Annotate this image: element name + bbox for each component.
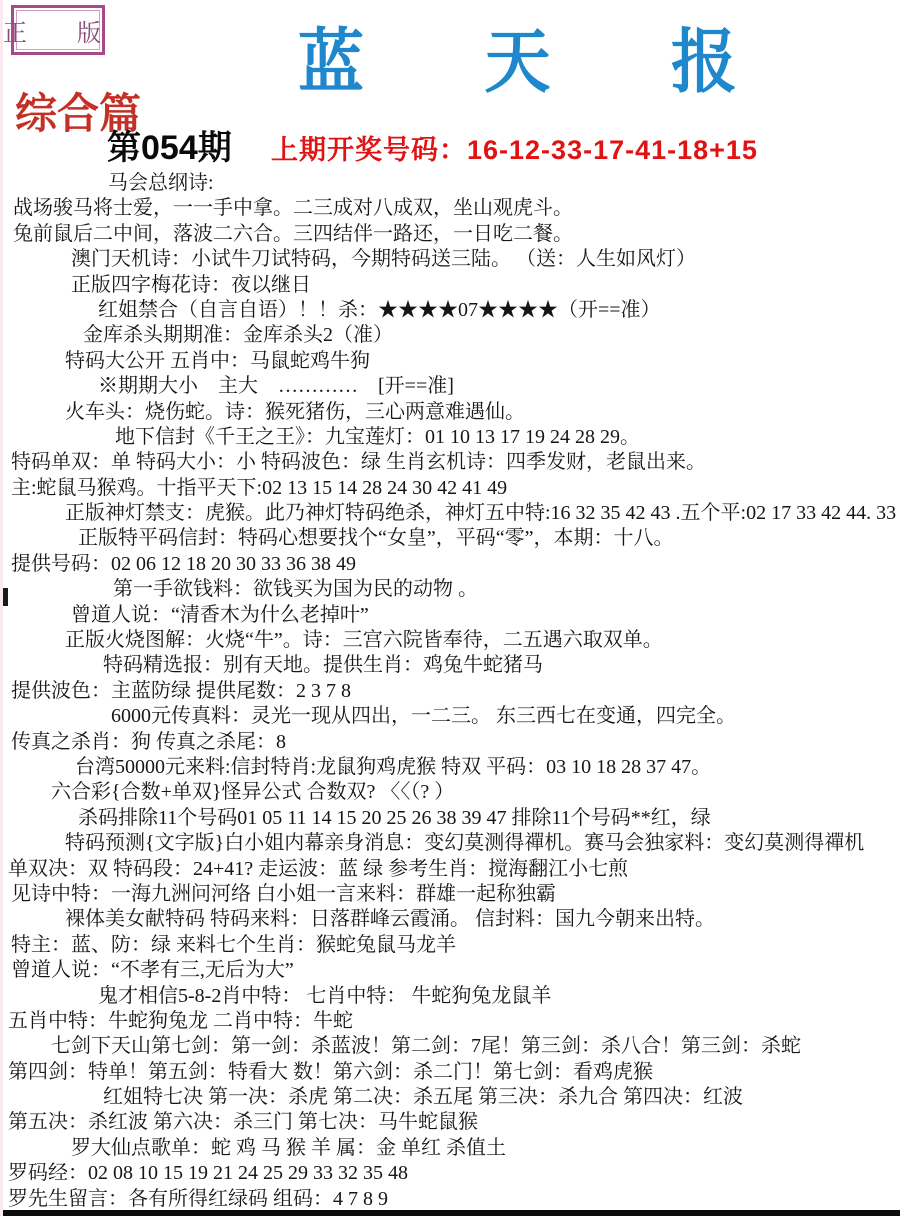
body-line: 特码大公开 五肖中：马鼠蛇鸡牛狗 bbox=[3, 349, 900, 374]
body-line: 马会总纲诗: bbox=[3, 171, 900, 196]
body-line: 正版特平码信封：特码心想要找个“女皇”，平码“零”，本期：十八。 bbox=[3, 526, 900, 551]
edition-badge: 正 版 bbox=[11, 5, 105, 55]
scan-edge-artifact bbox=[3, 588, 8, 606]
last-draw-numbers: 上期开奖号码：16-12-33-17-41-18+15 bbox=[271, 137, 758, 164]
body-line: 火车头：烧伤蛇。诗：猴死猪伤，三心两意难遇仙。 bbox=[3, 400, 900, 425]
body-line: 七剑下天山第七剑：第一剑：杀蓝波！第二剑：7尾！第三剑：杀八合！第三剑：杀蛇 bbox=[3, 1034, 900, 1059]
body-line: 鬼才相信5-8-2肖中特： 七肖中特： 牛蛇狗兔龙鼠羊 bbox=[3, 984, 900, 1009]
body-line: 第一手欲钱料：欲钱买为国为民的动物 。 bbox=[3, 577, 900, 602]
body-line: 单双决：双 特码段：24+41? 走运波：蓝 绿 参考生肖：搅海翻江小七煎 bbox=[3, 857, 900, 882]
body-line: 罗码经：02 08 10 15 19 21 24 25 29 33 32 35 … bbox=[3, 1161, 900, 1186]
body-line: 杀码排除11个号码01 05 11 14 15 20 25 26 38 39 4… bbox=[3, 806, 900, 831]
body-line: 曾道人说：“不孝有三,无后为大” bbox=[3, 958, 900, 983]
body-line: 地下信封《千王之王》：九宝莲灯：01 10 13 17 19 24 28 29。 bbox=[3, 425, 900, 450]
body-line: ※期期大小 主大 ………… [开==准] bbox=[3, 374, 900, 399]
body-line: 澳门天机诗：小试牛刀试特码，今期特码送三陆。 （送：人生如风灯） bbox=[3, 247, 900, 272]
body-line: 五肖中特：牛蛇狗兔龙 二肖中特：牛蛇 bbox=[3, 1009, 900, 1034]
body-line: 特码单双：单 特码大小：小 特码波色：绿 生肖玄机诗：四季发财，老鼠出来。 bbox=[3, 450, 900, 475]
body-line: 红姐禁合（自言自语）！！杀：★★★★07★★★★（开==准） bbox=[3, 298, 900, 323]
body-line: 第四剑：特单！第五剑：特看大 数！第六剑：杀二门！第七剑：看鸡虎猴 bbox=[3, 1060, 900, 1085]
body-line: 见诗中特：一海九洲问河络 白小姐一言来料：群雄一起称独霸 bbox=[3, 882, 900, 907]
body-line: 第五决：杀红波 第六决：杀三门 第七决：马牛蛇鼠猴 bbox=[3, 1110, 900, 1135]
body-line: 特码预测{文字版}白小姐内幕亲身消息：变幻莫测得禪机。赛马会独家料：变幻莫测得禪… bbox=[3, 831, 900, 856]
body-line: 罗先生留言：各有所得红绿码 组码：4 7 8 9 bbox=[3, 1187, 900, 1212]
body-line: 正版四字梅花诗：夜以继日 bbox=[3, 273, 900, 298]
newspaper-title: 蓝 天 报 bbox=[298, 6, 789, 106]
body-line: 台湾50000元来料:信封特肖:龙鼠狗鸡虎猴 特双 平码：03 10 18 28… bbox=[3, 755, 900, 780]
body-line: 6000元传真料：灵光一现从四出，一二三。 东三西七在变通，四完全。 bbox=[3, 704, 900, 729]
body-line: 金库杀头期期准：金库杀头2（准） bbox=[3, 323, 900, 348]
body-line: 主:蛇鼠马猴鸡。十指平天下:02 13 15 14 28 24 30 42 41… bbox=[3, 476, 900, 501]
body-line: 提供号码：02 06 12 18 20 30 33 36 38 49 bbox=[3, 552, 900, 577]
body-line: 特主：蓝、防：绿 来料七个生肖：猴蛇兔鼠马龙羊 bbox=[3, 933, 900, 958]
body-line: 特码精选报：别有天地。提供生肖：鸡兔牛蛇猪马 bbox=[3, 653, 900, 678]
body-line: 裸体美女献特码 特码来料：日落群峰云霞涌。 信封料：国九今朝来出特。 bbox=[3, 907, 900, 932]
body-line: 战场骏马将士爱，一一手中拿。二三成对八成双，坐山观虎斗。 bbox=[3, 196, 900, 221]
scan-bottom-bar bbox=[3, 1210, 900, 1216]
body-text: 马会总纲诗:战场骏马将士爱，一一手中拿。二三成对八成双，坐山观虎斗。兔前鼠后二中… bbox=[3, 171, 900, 1212]
body-line: 六合彩{合数+单双}怪异公式 合数双? 〈〈（? ） bbox=[3, 780, 900, 805]
body-line: 传真之杀肖：狗 传真之杀尾：8 bbox=[3, 730, 900, 755]
body-line: 正版火烧图解：火烧“牛”。诗：三宫六院皆奉待，二五遇六取双单。 bbox=[3, 628, 900, 653]
body-line: 提供波色：主蓝防绿 提供尾数：2 3 7 8 bbox=[3, 679, 900, 704]
issue-number: 第054期 bbox=[107, 131, 232, 165]
body-line: 红姐特七决 第一决：杀虎 第二决：杀五尾 第三决：杀九合 第四决：红波 bbox=[3, 1085, 900, 1110]
body-line: 罗大仙点歌单：蛇 鸡 马 猴 羊 属：金 单红 杀值土 bbox=[3, 1136, 900, 1161]
edition-badge-label: 正 版 bbox=[0, 13, 123, 48]
body-line: 曾道人说：“清香木为什么老掉叶” bbox=[3, 603, 900, 628]
body-line: 兔前鼠后二中间，落波二六合。三四结伴一路还，一日吃二餐。 bbox=[3, 222, 900, 247]
newspaper-page: 正 版 蓝 天 报 综合篇 第054期 上期开奖号码：16-12-33-17-4… bbox=[0, 0, 900, 1216]
body-line: 正版神灯禁支：虎猴。此乃神灯特码绝杀，神灯五中特:16 32 35 42 43 … bbox=[3, 501, 900, 526]
